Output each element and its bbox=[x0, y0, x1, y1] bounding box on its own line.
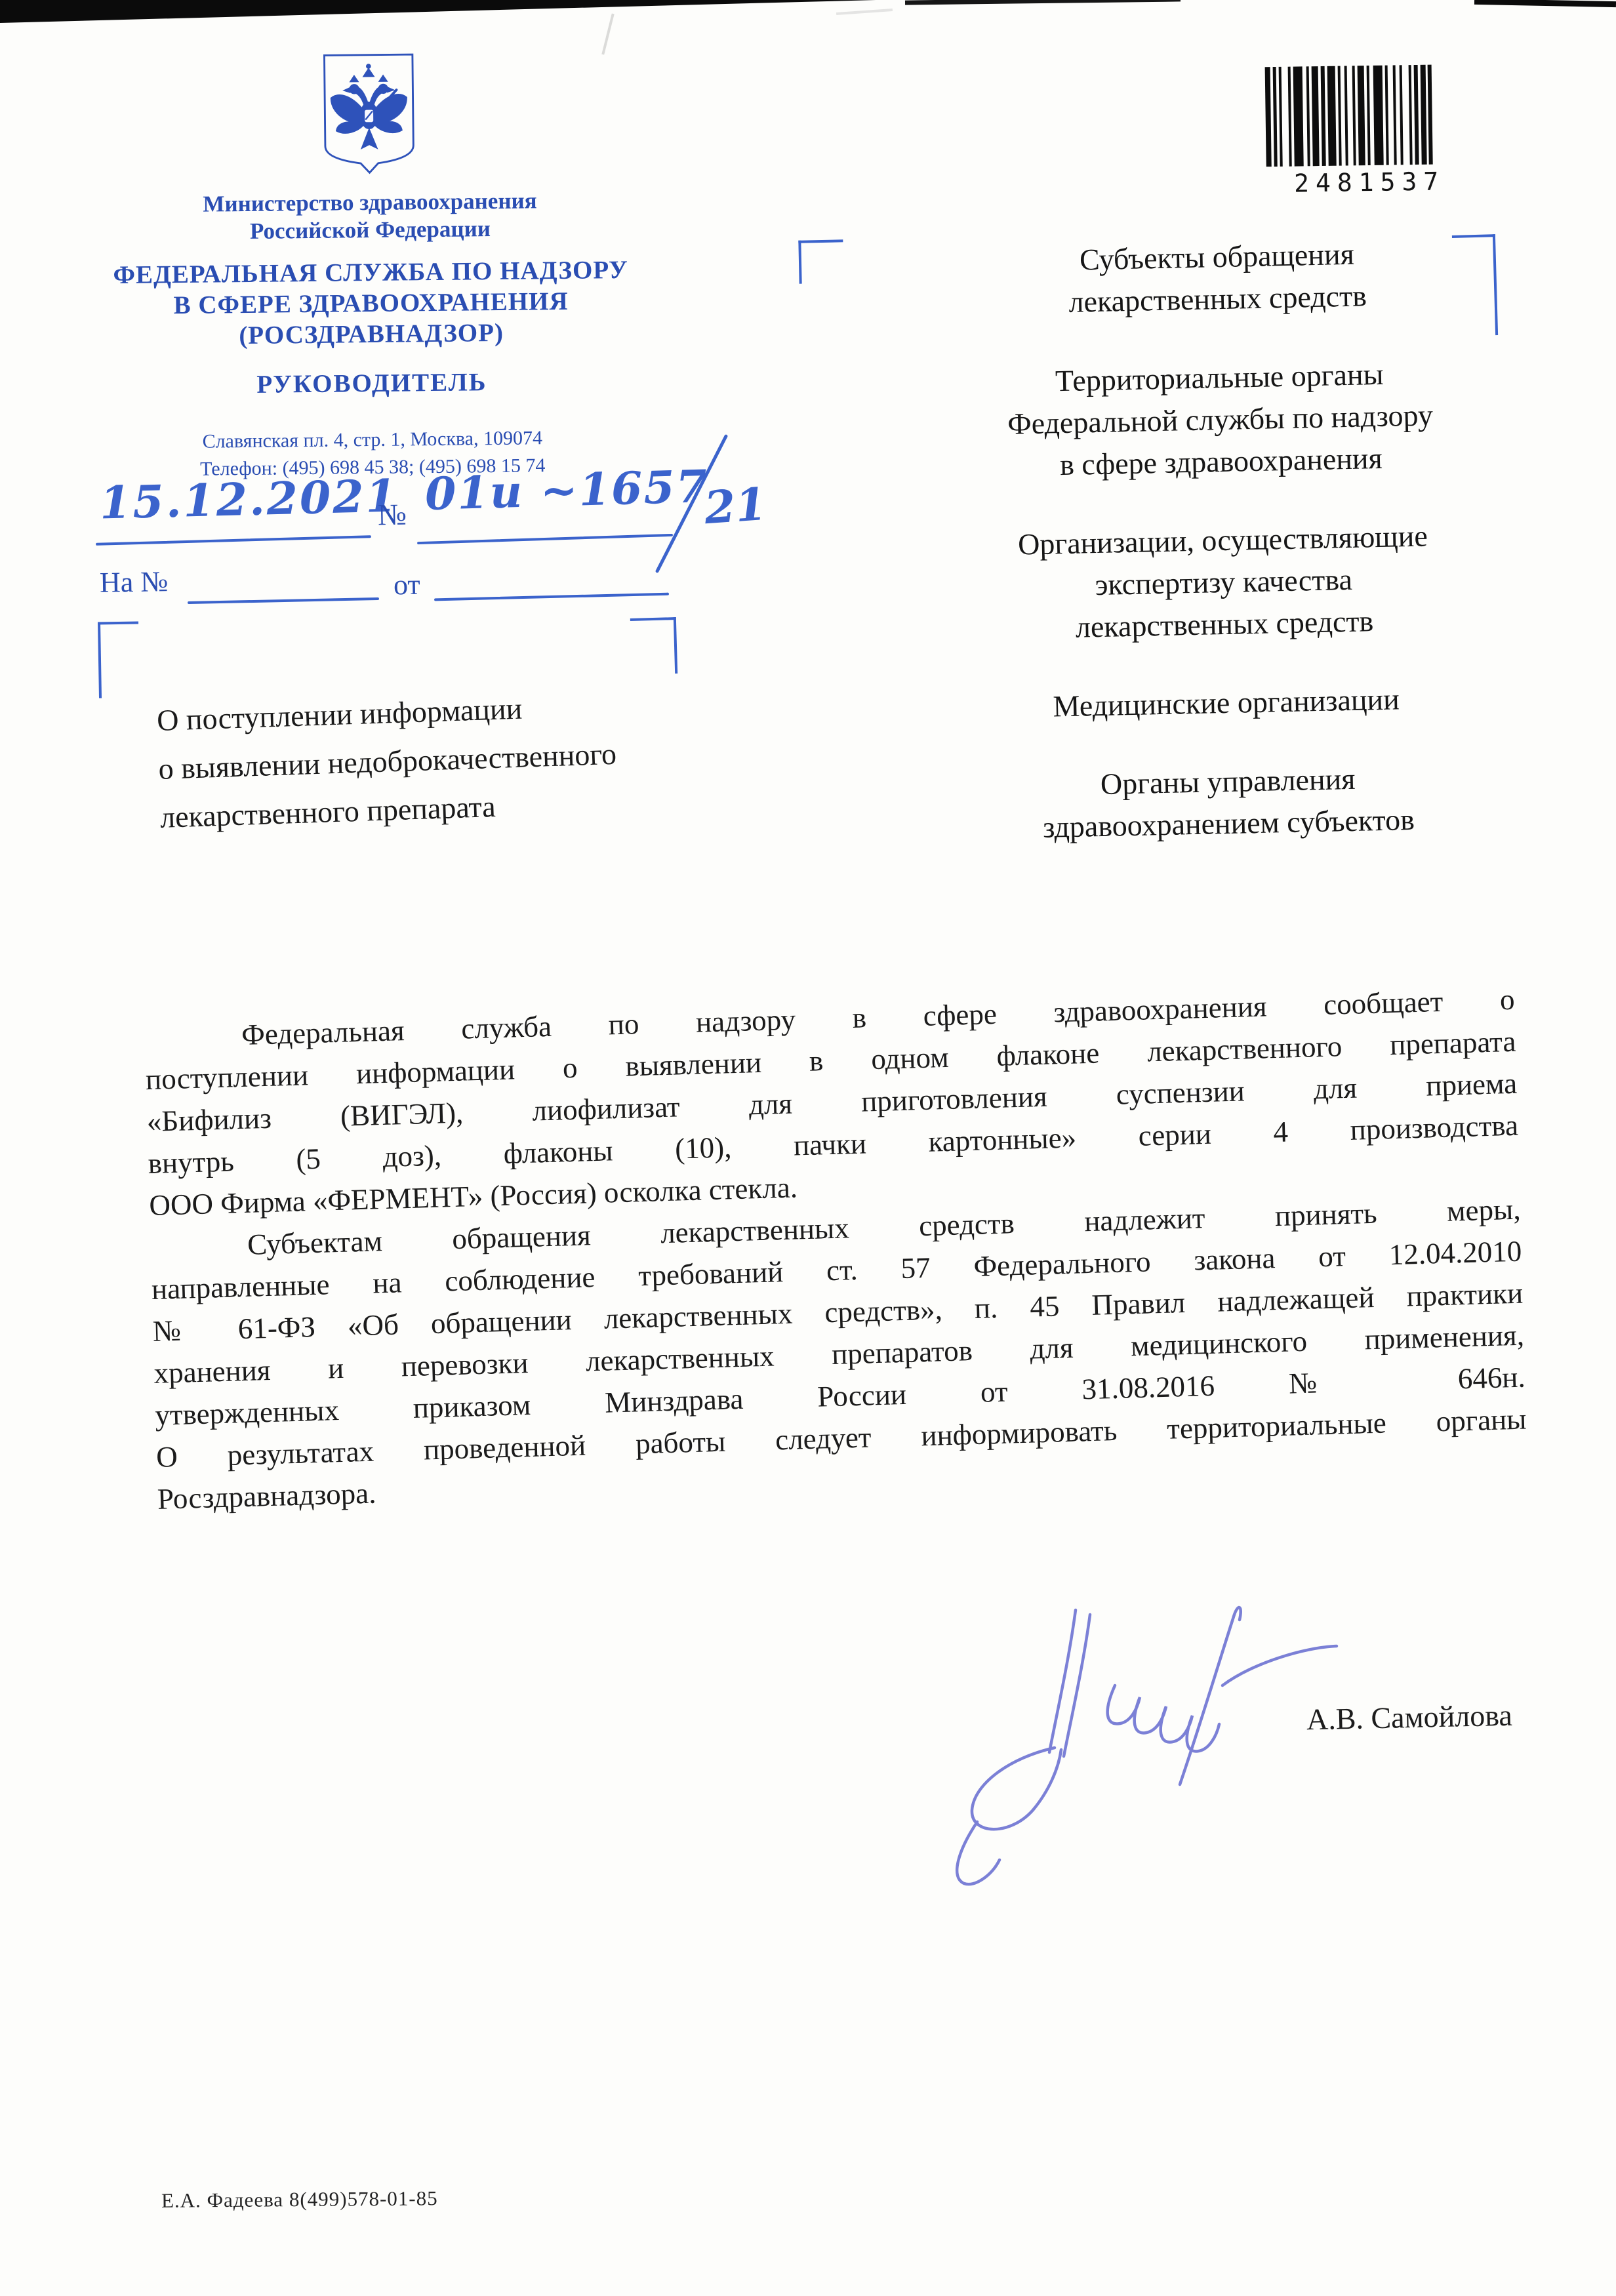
recipient-group: Субъекты обращениялекарственных средств bbox=[908, 230, 1526, 327]
registration-barcode: 2481537 bbox=[1265, 64, 1473, 198]
scan-artifact-strip bbox=[905, 0, 1181, 5]
position-title: РУКОВОДИТЕЛЬ bbox=[73, 365, 670, 402]
recipients-block: Субъекты обращениялекарственных средствТ… bbox=[908, 230, 1538, 887]
reply-to-number-label: На № bbox=[100, 565, 169, 599]
body-paragraph: Субъектам обращения лекарственных средст… bbox=[150, 1188, 1528, 1520]
reply-date-blank-line bbox=[434, 593, 669, 601]
corner-mark bbox=[98, 621, 140, 698]
body-paragraph: Федеральная служба по надзору в сфере зд… bbox=[144, 978, 1520, 1226]
barcode-bars bbox=[1265, 64, 1472, 167]
handwritten-signature bbox=[912, 1574, 1371, 1895]
recipient-group: Организации, осуществляющиеэкспертизу ка… bbox=[914, 513, 1533, 652]
agency-name-line3: (РОСЗДРАВНАДЗОР) bbox=[73, 315, 670, 353]
barcode-number: 2481537 bbox=[1266, 167, 1473, 198]
scan-artifact-strip bbox=[1474, 0, 1616, 7]
corner-mark bbox=[630, 617, 677, 675]
number-sign-label: № bbox=[378, 497, 407, 533]
recipient-group: Медицинские организации bbox=[918, 675, 1535, 731]
agency-name: ФЕДЕРАЛЬНАЯ СЛУЖБА ПО НАДЗОРУ В СФЕРЕ ЗД… bbox=[72, 254, 670, 353]
corner-mark bbox=[798, 239, 843, 283]
handwritten-outgoing-number: 01и ~1657 bbox=[424, 460, 709, 521]
scan-smudge bbox=[836, 9, 893, 15]
recipient-line: Медицинские организации bbox=[918, 675, 1535, 731]
barcode-bar bbox=[1428, 65, 1433, 165]
signer-name: А.В. Самойлова bbox=[1306, 1698, 1512, 1737]
reply-from-label: от bbox=[394, 568, 421, 602]
body-block: Федеральная служба по надзору в сфере зд… bbox=[144, 978, 1528, 1520]
number-underline bbox=[417, 534, 673, 544]
subject-block: О поступлении информациио выявлении недо… bbox=[156, 679, 698, 842]
agency-name-line1: ФЕДЕРАЛЬНАЯ СЛУЖБА ПО НАДЗОРУ bbox=[72, 254, 669, 291]
executor-contact: Е.А. Фадеева 8(499)578-01-85 bbox=[161, 2186, 438, 2213]
coat-of-arms-icon bbox=[317, 50, 422, 178]
date-underline bbox=[96, 535, 371, 546]
ministry-name-line2: Российской Федерации bbox=[71, 213, 668, 247]
recipient-group: Территориальные органыФедеральной службы… bbox=[911, 350, 1530, 489]
handwritten-date: 15.12.2021 bbox=[99, 470, 399, 529]
handwritten-number-suffix: 21 bbox=[702, 478, 768, 534]
scanned-letter-page: Министерство здравоохранения Российской … bbox=[0, 0, 1616, 2296]
letterhead: Министерство здравоохранения Российской … bbox=[70, 43, 672, 484]
recipient-group: Органы управленияздравоохранением субъек… bbox=[919, 754, 1537, 851]
reply-number-blank-line bbox=[188, 597, 379, 604]
